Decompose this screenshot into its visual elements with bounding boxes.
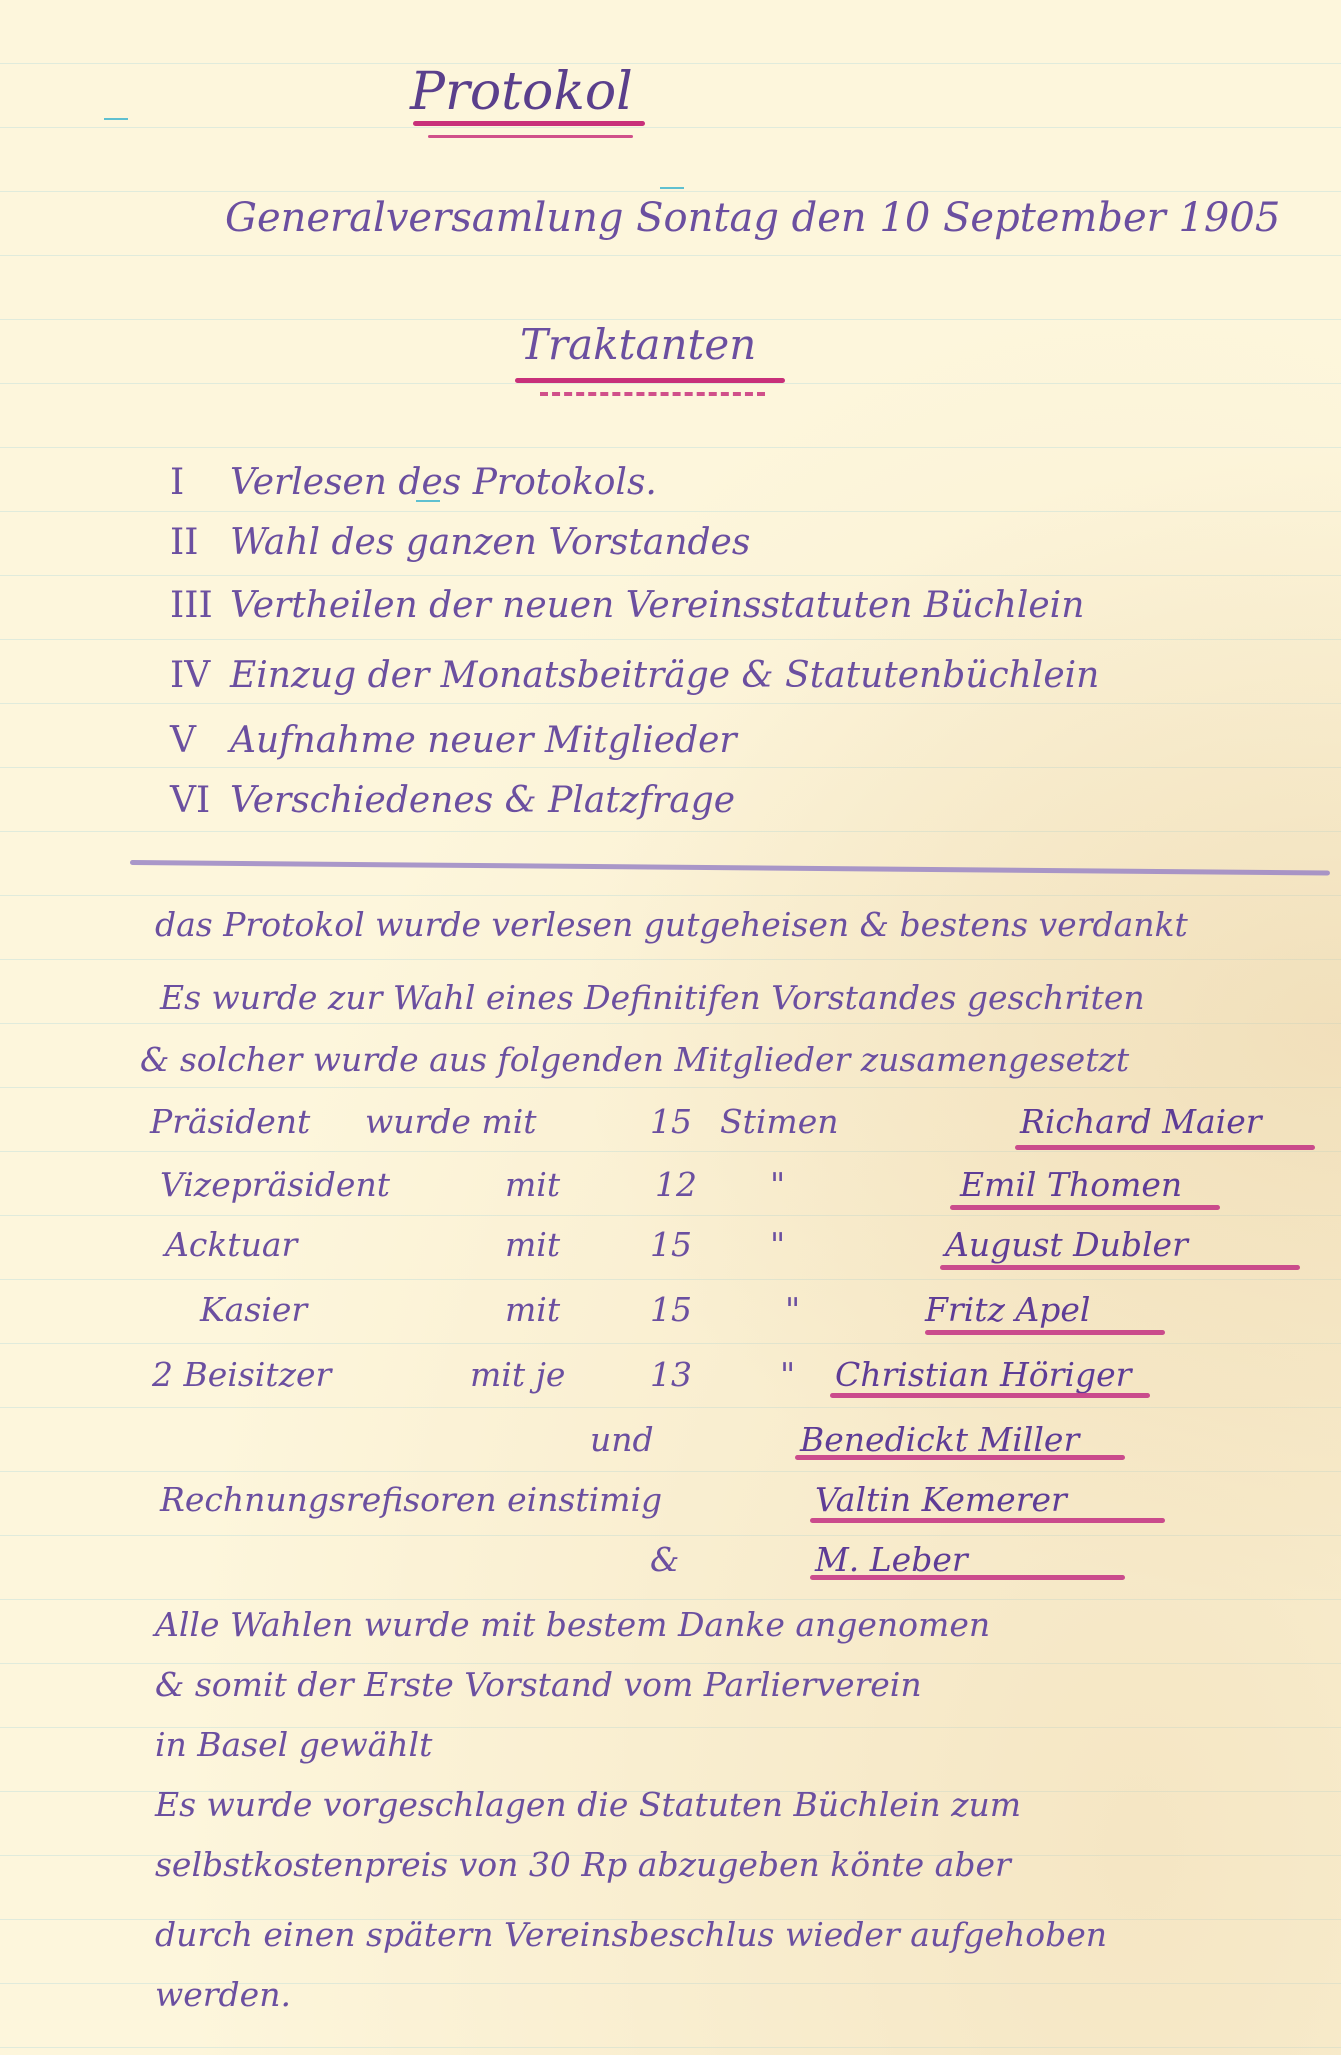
agenda-item-number: I [170, 462, 230, 503]
elected-name: August Dubler [945, 1225, 1188, 1264]
agenda-item-number: VI [170, 780, 230, 821]
minutes-line: werden. [155, 1975, 291, 2014]
name-underline [925, 1330, 1165, 1335]
minutes-line: Alle Wahlen wurde mit bestem Danke angen… [155, 1605, 990, 1644]
auditors-joiner: & [650, 1540, 679, 1579]
agenda-item: VIVerschiedenes & Platzfrage [170, 780, 735, 821]
minutes-line: Es wurde zur Wahl eines Definitifen Vors… [160, 978, 1145, 1017]
agenda-item: IIWahl des ganzen Vorstandes [170, 522, 750, 563]
auditors-label: Rechnungsrefisoren einstimig [160, 1480, 662, 1519]
election-unit: " [770, 1225, 785, 1264]
agenda-item: VAufnahme neuer Mitglieder [170, 720, 737, 761]
meeting-subtitle: Generalversamlung Sontag den 10 Septembe… [225, 195, 1280, 241]
agenda-item-text: Vertheilen der neuen Vereinsstatuten Büc… [230, 585, 1084, 626]
auditor-name: M. Leber [815, 1540, 968, 1579]
election-votes: 15 [650, 1225, 692, 1264]
minutes-line: & solcher wurde aus folgenden Mitglieder… [140, 1040, 1129, 1079]
name-underline [795, 1455, 1125, 1460]
election-connector: und [590, 1420, 654, 1459]
agenda-item: IVerlesen des Protokols. [170, 462, 657, 503]
agenda-item-number: III [170, 585, 230, 626]
election-unit: " [780, 1355, 795, 1394]
election-votes: 13 [650, 1355, 692, 1394]
minutes-line: das Protokol wurde verlesen gutgeheisen … [155, 905, 1188, 944]
agenda-item-number: V [170, 720, 230, 761]
elected-name: Christian Höriger [835, 1355, 1131, 1394]
election-votes: 12 [655, 1165, 697, 1204]
agenda-heading-dashed-underline [540, 392, 765, 396]
margin-tick [104, 118, 128, 120]
agenda-item: IIIVertheilen der neuen Vereinsstatuten … [170, 585, 1084, 626]
minutes-line: Es wurde vorgeschlagen die Statuten Büch… [155, 1785, 1021, 1824]
name-underline [1015, 1145, 1315, 1150]
name-underline [830, 1393, 1150, 1398]
election-role: Acktuar [165, 1225, 297, 1264]
election-connector: mit [505, 1290, 560, 1329]
elected-name: Richard Maier [1020, 1102, 1262, 1141]
election-unit: Stimen [720, 1102, 839, 1141]
section-divider [130, 860, 1330, 875]
title-underline [413, 121, 645, 126]
elected-name: Emil Thomen [960, 1165, 1182, 1204]
name-underline [810, 1575, 1125, 1580]
title-underline-2 [428, 135, 633, 138]
election-role: Vizepräsident [160, 1165, 390, 1204]
election-votes: 15 [650, 1102, 692, 1141]
agenda-item-number: IV [170, 655, 230, 696]
election-connector: mit je [470, 1355, 565, 1394]
minutes-line: in Basel gewählt [155, 1725, 432, 1764]
margin-tick [660, 187, 684, 189]
election-votes: 15 [650, 1290, 692, 1329]
election-role: 2 Beisitzer [152, 1355, 331, 1394]
agenda-item-number: II [170, 522, 230, 563]
election-unit: " [770, 1165, 785, 1204]
auditor-name: Valtin Kemerer [815, 1480, 1067, 1519]
minutes-line: durch einen spätern Vereinsbeschlus wied… [155, 1915, 1107, 1954]
minutes-line: & somit der Erste Vorstand vom Parlierve… [155, 1665, 922, 1704]
election-connector: wurde mit [365, 1102, 537, 1141]
agenda-heading: Traktanten [520, 320, 756, 369]
election-connector: mit [505, 1225, 560, 1264]
agenda-item-text: Verschiedenes & Platzfrage [230, 780, 735, 821]
name-underline [950, 1205, 1220, 1210]
minutes-line: selbstkostenpreis von 30 Rp abzugeben kö… [155, 1845, 1011, 1884]
election-unit: " [785, 1290, 800, 1329]
election-role: Präsident [150, 1102, 310, 1141]
agenda-item-text: Aufnahme neuer Mitglieder [230, 720, 737, 761]
election-role: Kasier [200, 1290, 307, 1329]
document-page: Protokol Generalversamlung Sontag den 10… [0, 0, 1341, 2055]
agenda-item: IVEinzug der Monatsbeiträge & Statutenbü… [170, 655, 1099, 696]
election-connector: mit [505, 1165, 560, 1204]
elected-name: Benedickt Miller [800, 1420, 1079, 1459]
elected-name: Fritz Apel [925, 1290, 1090, 1329]
name-underline [940, 1265, 1300, 1270]
agenda-item-text: Verlesen des Protokols. [230, 462, 657, 503]
name-underline [810, 1518, 1165, 1523]
agenda-heading-underline [515, 378, 785, 383]
document-title: Protokol [410, 62, 633, 122]
agenda-item-text: Einzug der Monatsbeiträge & Statutenbüch… [230, 655, 1099, 696]
agenda-item-text: Wahl des ganzen Vorstandes [230, 522, 750, 563]
